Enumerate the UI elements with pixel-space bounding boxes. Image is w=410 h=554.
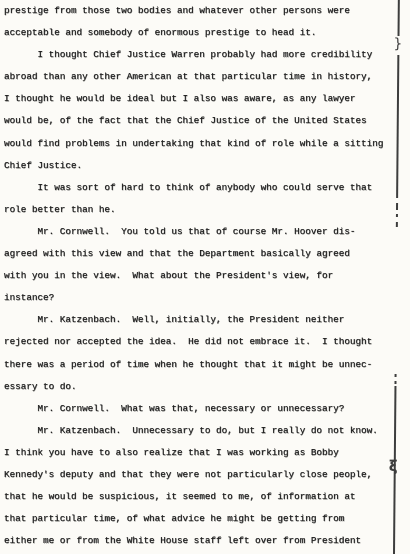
text-line: Mr. Cornwell. You told us that of course…	[4, 221, 410, 243]
text-line: It was sort of hard to think of anybody …	[4, 177, 410, 199]
document-page: prestige from those two bodies and whate…	[0, 0, 410, 554]
text-line: Kennedy's deputy and that they were not …	[4, 464, 410, 486]
text-line: I thought he would be ideal but I also w…	[4, 88, 410, 110]
text-line: would find problems in undertaking that …	[4, 133, 410, 155]
text-line: either me or from the White House staff …	[4, 530, 410, 552]
text-line: Chief Justice.	[4, 155, 410, 177]
edge-line-dash	[395, 374, 397, 377]
text-line: prestige from those two bodies and whate…	[4, 0, 410, 22]
text-line: agreed with this view and that the Depar…	[4, 243, 410, 265]
text-line: abroad than any other American at that p…	[4, 66, 410, 88]
edge-line-dash	[396, 222, 398, 227]
text-line: acceptable and somebody of enormous pres…	[4, 22, 410, 44]
text-line: would be, of the fact that the Chief Jus…	[4, 110, 410, 132]
scan-artifact-bracket: }	[393, 37, 402, 51]
transcript-text: prestige from those two bodies and whate…	[4, 0, 410, 552]
edge-line-dash	[394, 381, 396, 384]
text-line: with you in the view. What about the Pre…	[4, 265, 410, 287]
text-line: Mr. Katzenbach. Unnecessary to do, but I…	[4, 420, 410, 442]
scan-artifact-squiggle: ξ	[389, 459, 398, 474]
text-line: Mr. Cornwell. What was that, necessary o…	[4, 398, 410, 420]
text-line: Mr. Katzenbach. Well, initially, the Pre…	[4, 309, 410, 331]
text-line: that he would be suspicious, it seemed t…	[4, 486, 410, 508]
text-line: instance?	[4, 287, 410, 309]
edge-line-dash	[396, 203, 398, 210]
edge-line-segment	[398, 0, 400, 36]
edge-line-dash	[396, 214, 398, 217]
text-line: there was a period of time when he thoug…	[4, 354, 410, 376]
text-line: that particular time, of what advice he …	[4, 508, 410, 530]
text-line: I thought Chief Justice Warren probably …	[4, 44, 410, 66]
text-line: rejected nor accepted the idea. He did n…	[4, 331, 410, 353]
text-line: I think you have to also realize that I …	[4, 442, 410, 464]
text-line: essary to do.	[4, 376, 410, 398]
text-line: role better than he.	[4, 199, 410, 221]
